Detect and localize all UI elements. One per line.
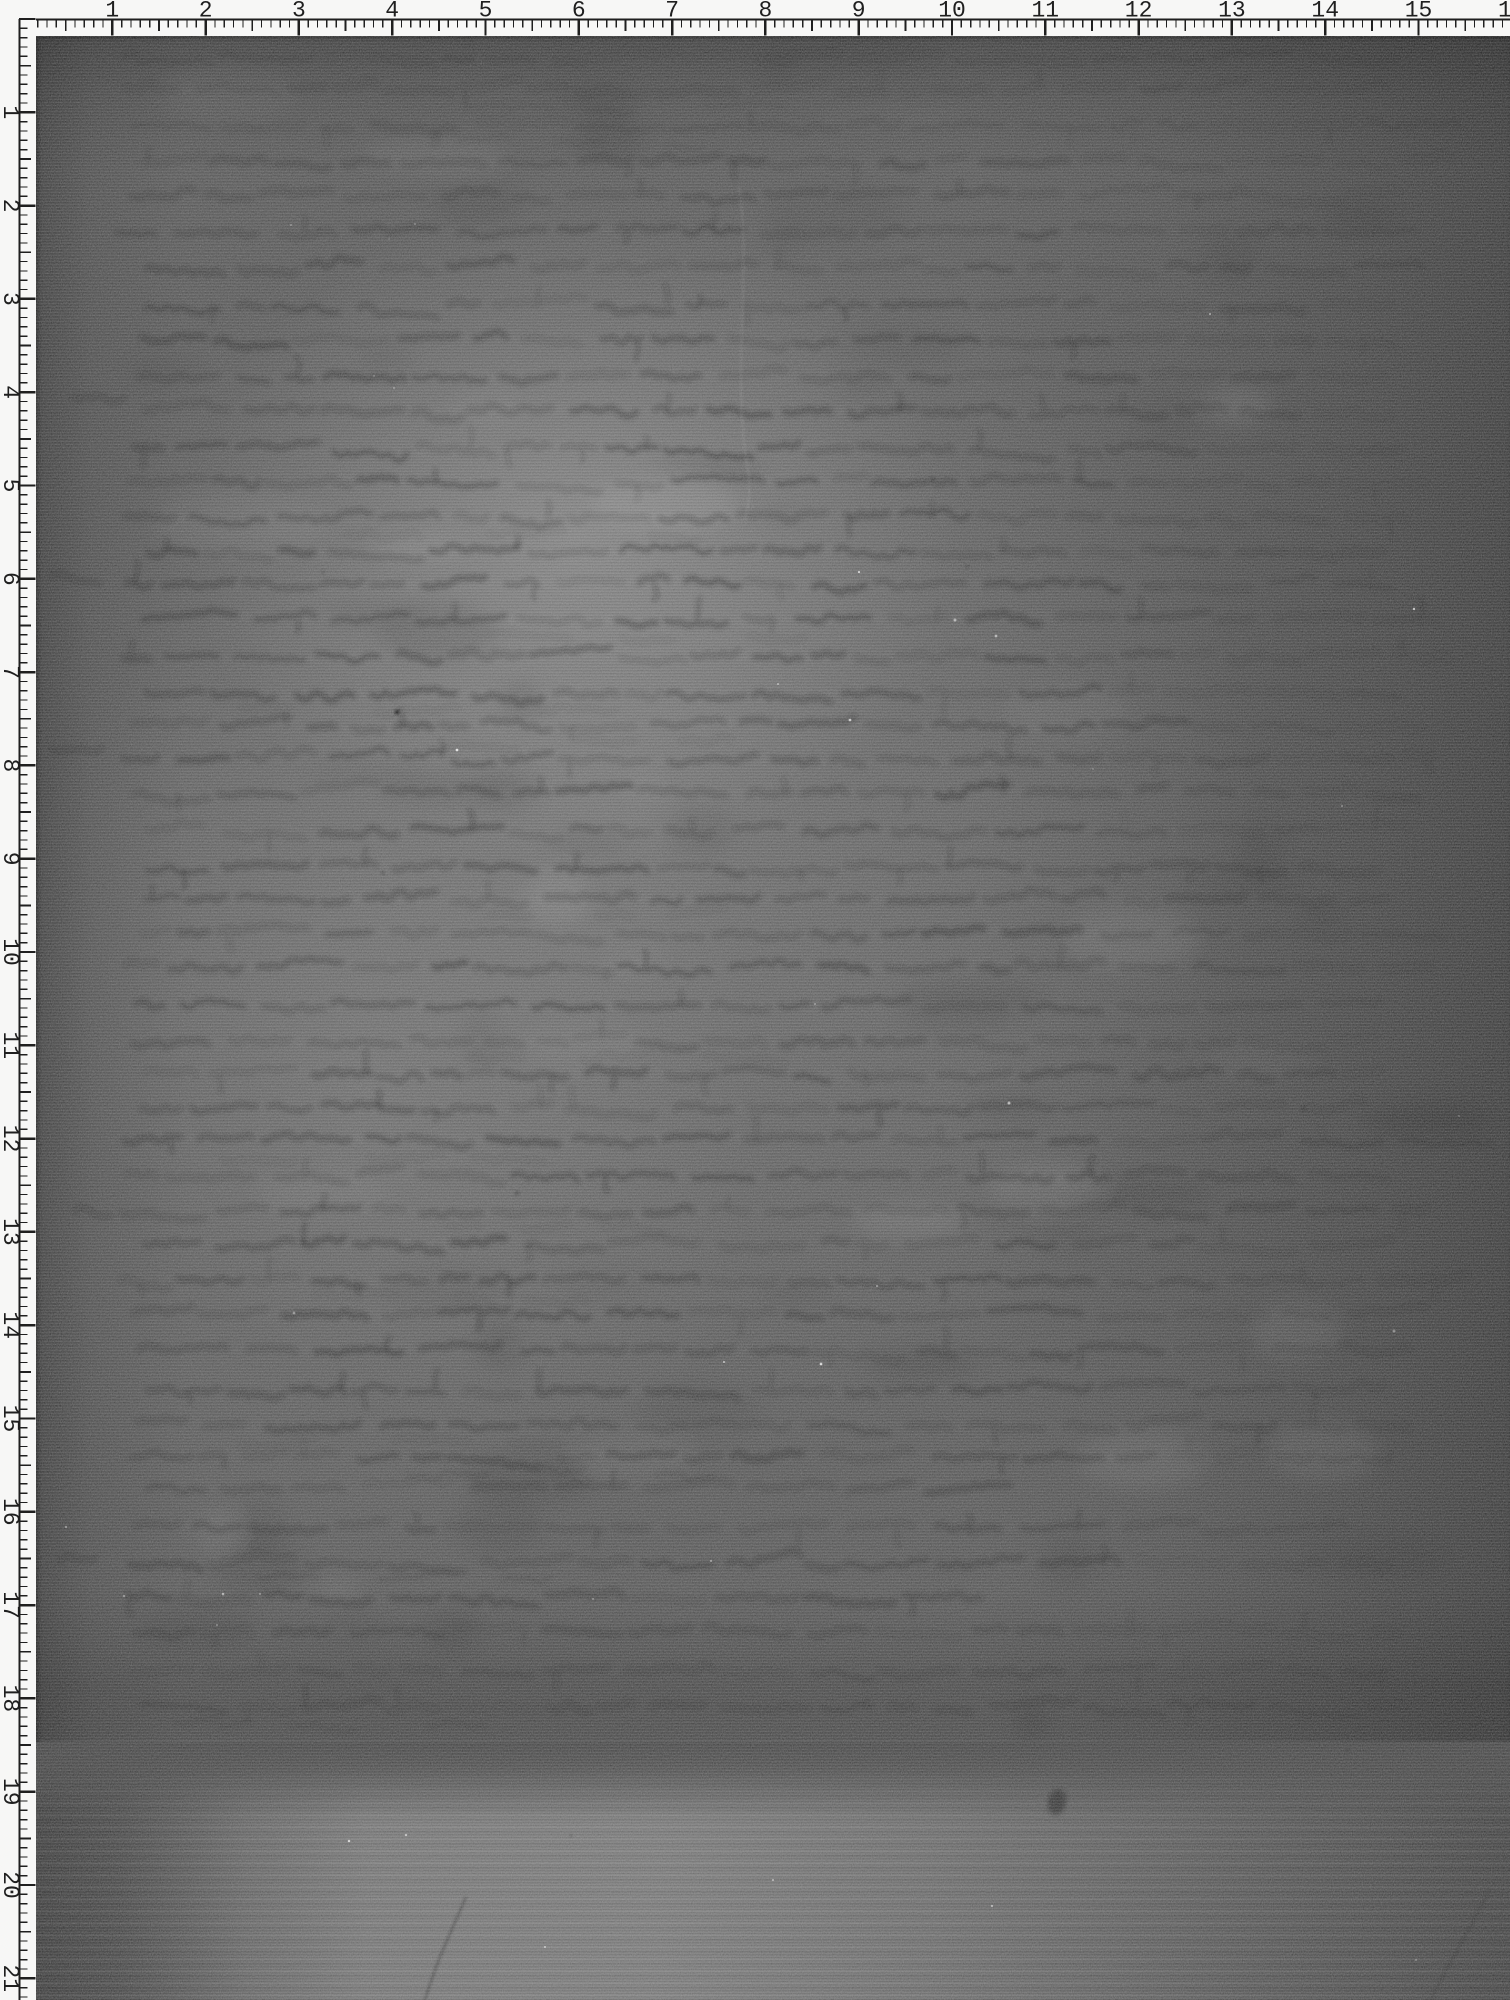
ruler-v-label-5: 5 [0,479,23,493]
ruler-h-label-6: 6 [572,0,586,24]
ruler-h-label-5: 5 [479,0,493,24]
ruler-h-label-14: 14 [1311,0,1339,24]
ruler-v-label-10: 10 [0,938,23,966]
ruler-v-label-8: 8 [0,758,23,772]
ruler-h-label-4: 4 [385,0,399,24]
ruler-h-label-9: 9 [852,0,866,24]
ruler-v-label-9: 9 [0,852,23,866]
ruler-v-label-18: 18 [0,1685,23,1713]
ruler-h-label-2: 2 [199,0,213,24]
ruler-v-label-21: 21 [0,1964,23,1992]
ruler-v-label-4: 4 [0,385,23,399]
ruler-v-label-3: 3 [0,292,23,306]
film-grain-layer [36,36,1510,2000]
ruler-h-label-11: 11 [1031,0,1059,24]
ruler-v-label-17: 17 [0,1591,23,1619]
ruler-v-label-20: 20 [0,1871,23,1899]
ruler-v-label-15: 15 [0,1405,23,1433]
ruler-body [0,0,1510,36]
ruler-h-label-8: 8 [758,0,772,24]
ruler-v-label-14: 14 [0,1311,23,1339]
ruler-v-label-2: 2 [0,199,23,213]
grain-rect [36,36,1510,2000]
ruler-h-label-1: 1 [105,0,119,24]
ruler-v-label-7: 7 [0,665,23,679]
ruler-h-label-16: 16 [1498,0,1510,24]
ruler-v-label-19: 19 [0,1778,23,1806]
ruler-v-label-1: 1 [0,105,23,119]
ruler-horizontal-cm: 012345678910111213141516 [0,0,1510,36]
ruler-v-label-13: 13 [0,1218,23,1246]
ruler-v-label-6: 6 [0,572,23,586]
manuscript-scan-viewport: 012345678910111213141516 123456789101112… [0,0,1510,2000]
ruler-v-label-16: 16 [0,1498,23,1526]
ruler-h-label-15: 15 [1405,0,1433,24]
ruler-h-label-13: 13 [1218,0,1246,24]
manuscript-photograph [36,36,1510,2000]
ruler-h-label-10: 10 [938,0,966,24]
ruler-v-label-11: 11 [0,1031,23,1059]
ruler-h-label-12: 12 [1125,0,1153,24]
ruler-v-label-12: 12 [0,1125,23,1153]
ruler-h-label-3: 3 [292,0,306,24]
ruler-vertical-cm: 123456789101112131415161718192021 [0,0,36,2000]
ruler-h-label-7: 7 [665,0,679,24]
